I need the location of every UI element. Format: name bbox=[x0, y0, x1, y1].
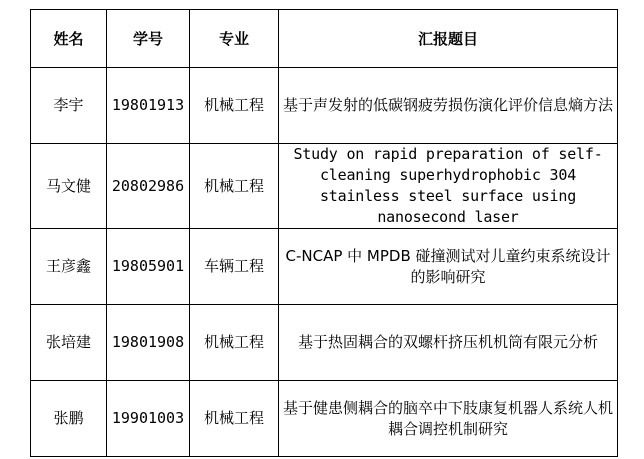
cell-report-title: C-NCAP 中 MPDB 碰撞测试对儿童约束系统设计的影响研究 bbox=[279, 229, 618, 305]
header-student-id: 学号 bbox=[107, 10, 190, 68]
cell-name: 马文健 bbox=[31, 144, 107, 229]
cell-report-title: 基于热固耦合的双螺杆挤压机机筒有限元分析 bbox=[279, 305, 618, 381]
header-report-title: 汇报题目 bbox=[279, 10, 618, 68]
cell-student-id: 19801913 bbox=[107, 68, 190, 144]
table-row: 张培建 19801908 机械工程 基于热固耦合的双螺杆挤压机机筒有限元分析 bbox=[31, 305, 618, 381]
cell-student-id: 20802986 bbox=[107, 144, 190, 229]
cell-major: 机械工程 bbox=[190, 381, 279, 457]
cell-name: 张鹏 bbox=[31, 381, 107, 457]
cell-name: 张培建 bbox=[31, 305, 107, 381]
table-header-row: 姓名 学号 专业 汇报题目 bbox=[31, 10, 618, 68]
cell-student-id: 19901003 bbox=[107, 381, 190, 457]
cell-major: 机械工程 bbox=[190, 144, 279, 229]
table-row: 马文健 20802986 机械工程 Study on rapid prepara… bbox=[31, 144, 618, 229]
cell-name: 李宇 bbox=[31, 68, 107, 144]
cell-report-title: 基于健患侧耦合的脑卒中下肢康复机器人系统人机耦合调控机制研究 bbox=[279, 381, 618, 457]
table-row: 张鹏 19901003 机械工程 基于健患侧耦合的脑卒中下肢康复机器人系统人机耦… bbox=[31, 381, 618, 457]
cell-report-title: Study on rapid preparation of self-clean… bbox=[279, 144, 618, 229]
cell-major: 机械工程 bbox=[190, 68, 279, 144]
table-row: 李宇 19801913 机械工程 基于声发射的低碳钢疲劳损伤演化评价信息熵方法 bbox=[31, 68, 618, 144]
report-schedule-table: 姓名 学号 专业 汇报题目 李宇 19801913 机械工程 基于声发射的低碳钢… bbox=[30, 9, 618, 457]
table-row: 王彦鑫 19805901 车辆工程 C-NCAP 中 MPDB 碰撞测试对儿童约… bbox=[31, 229, 618, 305]
cell-major: 机械工程 bbox=[190, 305, 279, 381]
header-name: 姓名 bbox=[31, 10, 107, 68]
cell-major: 车辆工程 bbox=[190, 229, 279, 305]
cell-name: 王彦鑫 bbox=[31, 229, 107, 305]
cell-student-id: 19801908 bbox=[107, 305, 190, 381]
cell-student-id: 19805901 bbox=[107, 229, 190, 305]
cell-report-title: 基于声发射的低碳钢疲劳损伤演化评价信息熵方法 bbox=[279, 68, 618, 144]
header-major: 专业 bbox=[190, 10, 279, 68]
